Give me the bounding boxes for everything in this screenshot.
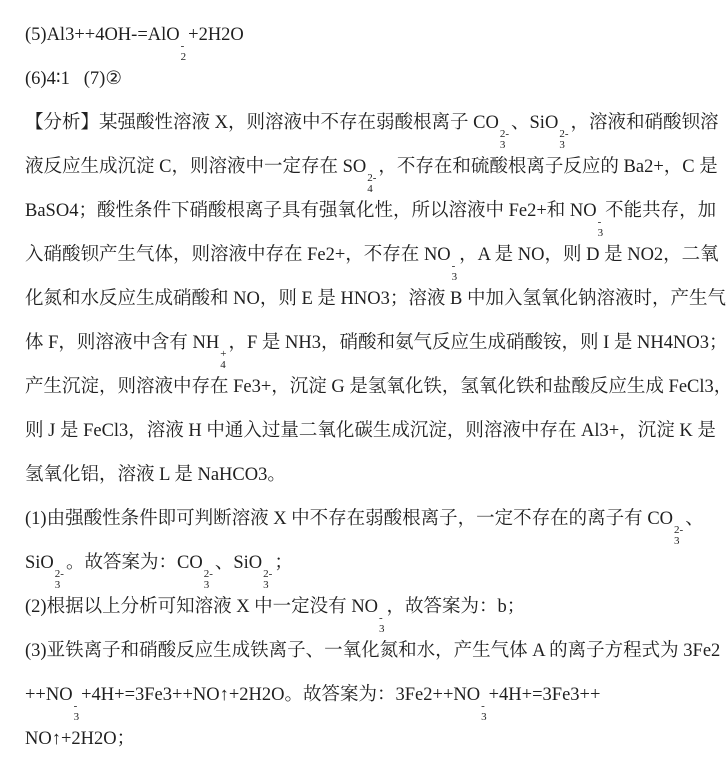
document-page: (5)Al3++4OH-=AlO-2+2H2O(6)4∶1 (7)②【分析】某强… <box>0 0 727 761</box>
text-run: (3)亚铁离子和硝酸反应生成铁离子、一氧化氮和水，产生气体 A 的离子方程式为 … <box>25 641 720 661</box>
text-run: ，溶液和硝酸钡溶 <box>570 113 718 133</box>
text-run: ++ <box>25 685 46 705</box>
text-run: 。故答案为： <box>66 553 177 573</box>
ion-charge: - <box>74 701 78 712</box>
chemical-ion: SiO2-3 <box>233 553 274 573</box>
doc-line-12: (1)由强酸性条件即可判断溶液 X 中不存在弱酸根离子，一定不存在的离子有 CO… <box>25 497 707 541</box>
ion-subscript: 3 <box>674 536 680 547</box>
ion-charge: - <box>181 41 185 52</box>
text-run: 【分析】某强酸性溶液 X，则溶液中不存在弱酸根离子 <box>25 113 473 133</box>
chemical-ion: NO-3 <box>570 201 605 221</box>
text-run: (6)4∶1 (7)② <box>25 69 122 89</box>
ion-charge: - <box>452 261 456 272</box>
text-run: 、 <box>685 509 704 529</box>
ion-charge: - <box>598 217 602 228</box>
doc-line-10: 则 J 是 FeCl3，溶液 H 中通入过量二氧化碳生成沉淀，则溶液中存在 Al… <box>25 409 707 453</box>
text-run: +4H+=3Fe3++ <box>489 685 601 705</box>
doc-line-6: 入硝酸钡产生气体，则溶液中存在 Fe2+，不存在 NO-3，A 是 NO，则 D… <box>25 233 707 277</box>
doc-line-5: BaSO4；酸性条件下硝酸根离子具有强氧化性，所以溶液中 Fe2+和 NO-3不… <box>25 189 707 233</box>
chemical-ion: SiO2-3 <box>25 553 66 573</box>
chemical-ion: AlO-2 <box>148 25 188 45</box>
doc-line-2: (6)4∶1 (7)② <box>25 57 707 101</box>
text-run: ，F 是 NH3，硝酸和氨气反应生成硝酸铵，则 I 是 NH4NO3； <box>229 333 727 353</box>
ion-charge: 2- <box>55 569 64 580</box>
chemical-ion: CO2-3 <box>177 553 215 573</box>
doc-line-13: SiO2-3。故答案为：CO2-3、SiO2-3； <box>25 541 707 585</box>
chemical-ion: CO2-3 <box>473 113 511 133</box>
chemical-ion: NO-3 <box>46 685 81 705</box>
text-run: 不能共存，加 <box>605 201 716 221</box>
text-run: 氢氧化铝，溶液 L 是 NaHCO3。 <box>25 465 286 485</box>
doc-line-3: 【分析】某强酸性溶液 X，则溶液中不存在弱酸根离子 CO2-3、SiO2-3，溶… <box>25 101 707 145</box>
ion-charge: 2- <box>204 569 213 580</box>
ion-charge: 2- <box>263 569 272 580</box>
doc-line-11: 氢氧化铝，溶液 L 是 NaHCO3。 <box>25 453 707 497</box>
text-run: 则 J 是 FeCl3，溶液 H 中通入过量二氧化碳生成沉淀，则溶液中存在 Al… <box>25 421 716 441</box>
doc-line-17: NO↑+2H2O； <box>25 717 707 761</box>
text-run: 体 F，则溶液中含有 <box>25 333 193 353</box>
chemical-ion: CO2-3 <box>647 509 685 529</box>
text-run: 入硝酸钡产生气体，则溶液中存在 Fe2+，不存在 <box>25 245 424 265</box>
ion-scripts: 2-3 <box>673 525 685 546</box>
text-run: ，不存在和硫酸根离子反应的 Ba2+，C 是 <box>378 157 717 177</box>
text-run: (5)Al3++4OH-= <box>25 25 148 45</box>
text-run: BaSO4；酸性条件下硝酸根离子具有强氧化性，所以溶液中 Fe2+和 <box>25 201 570 221</box>
chemical-ion: NO-3 <box>424 245 459 265</box>
doc-line-9: 产生沉淀，则溶液中存在 Fe3+，沉淀 G 是氢氧化铁，氢氧化铁和盐酸反应生成 … <box>25 365 707 409</box>
ion-subscript: 2 <box>181 52 187 63</box>
text-run: (2)根据以上分析可知溶液 X 中一定没有 <box>25 597 351 617</box>
text-run: NO↑+2H2O； <box>25 729 135 749</box>
ion-subscript: 3 <box>481 712 487 723</box>
text-run: 液反应生成沉淀 C，则溶液中一定存在 <box>25 157 343 177</box>
document-body: (5)Al3++4OH-=AlO-2+2H2O(6)4∶1 (7)②【分析】某强… <box>0 0 727 761</box>
chemical-ion: SO2-4 <box>343 157 379 177</box>
doc-line-1: (5)Al3++4OH-=AlO-2+2H2O <box>25 13 707 57</box>
text-run: ，A 是 NO，则 D 是 NO2，二氧 <box>459 245 719 265</box>
text-run: ，故答案为：b； <box>387 597 526 617</box>
text-run: 、 <box>511 113 530 133</box>
text-run: 化氮和水反应生成硝酸和 NO，则 E 是 HNO3；溶液 B 中加入氢氧化钠溶液… <box>25 289 726 309</box>
doc-line-14: (2)根据以上分析可知溶液 X 中一定没有 NO-3，故答案为：b； <box>25 585 707 629</box>
doc-line-16: ++NO-3+4H+=3Fe3++NO↑+2H2O。故答案为：3Fe2++NO-… <box>25 673 707 717</box>
chemical-ion: NH+4 <box>193 333 229 353</box>
text-run: +2H2O <box>188 25 244 45</box>
ion-charge: 2- <box>500 129 509 140</box>
ion-charge: 2- <box>559 129 568 140</box>
chemical-ion: NO-3 <box>453 685 488 705</box>
text-run: 、 <box>215 553 234 573</box>
text-run: 产生沉淀，则溶液中存在 Fe3+，沉淀 G 是氢氧化铁，氢氧化铁和盐酸反应生成 … <box>25 377 727 397</box>
ion-charge: 2- <box>367 173 376 184</box>
ion-charge: - <box>481 701 485 712</box>
text-run: (1)由强酸性条件即可判断溶液 X 中不存在弱酸根离子，一定不存在的离子有 <box>25 509 647 529</box>
chemical-ion: SiO2-3 <box>530 113 571 133</box>
ion-charge: + <box>220 349 226 360</box>
doc-line-7: 化氮和水反应生成硝酸和 NO，则 E 是 HNO3；溶液 B 中加入氢氧化钠溶液… <box>25 277 707 321</box>
chemical-ion: NO-3 <box>351 597 386 617</box>
ion-charge: 2- <box>674 525 683 536</box>
ion-scripts: -2 <box>180 41 189 62</box>
text-run: ； <box>274 553 293 573</box>
doc-line-8: 体 F，则溶液中含有 NH+4，F 是 NH3，硝酸和氨气反应生成硝酸铵，则 I… <box>25 321 707 365</box>
doc-line-4: 液反应生成沉淀 C，则溶液中一定存在 SO2-4，不存在和硫酸根离子反应的 Ba… <box>25 145 707 189</box>
ion-scripts: -3 <box>480 701 489 722</box>
doc-line-15: (3)亚铁离子和硝酸反应生成铁离子、一氧化氮和水，产生气体 A 的离子方程式为 … <box>25 629 707 673</box>
ion-charge: - <box>379 613 383 624</box>
text-run: +4H+=3Fe3++NO↑+2H2O。故答案为：3Fe2++ <box>81 685 453 705</box>
